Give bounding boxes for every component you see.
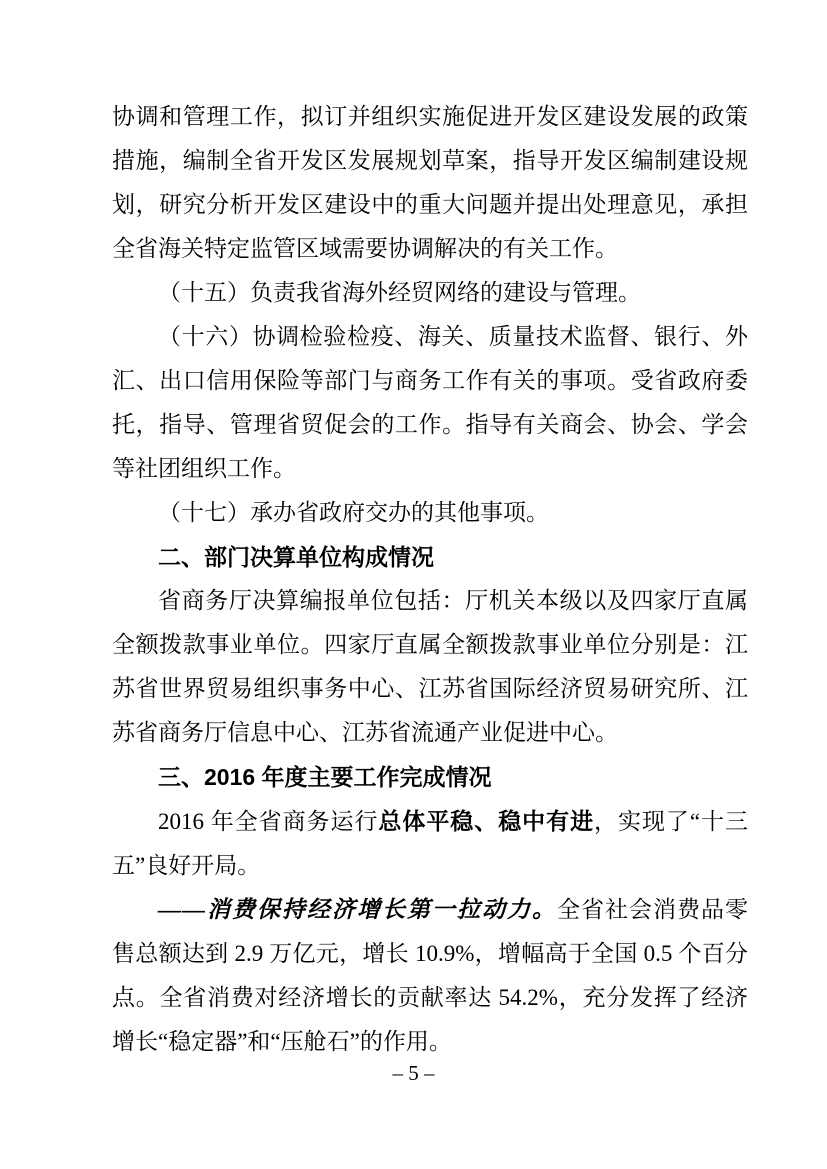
- paragraph-2016-overview: 2016 年全省商务运行总体平稳、稳中有进，实现了“十三五”良好开局。: [112, 799, 748, 888]
- overview-bold-phrase: 总体平稳、稳中有进: [378, 808, 594, 834]
- paragraph-item-17: （十七）承办省政府交办的其他事项。: [112, 491, 748, 535]
- document-page: 协调和管理工作，拟订并组织实施促进开发区建设发展的政策措施，编制全省开发区发展规…: [0, 0, 827, 1169]
- page-footer: – 5 –: [0, 1058, 827, 1088]
- paragraph-reporting-units: 省商务厅决算编报单位包括：厅机关本级以及四家厅直属全额拨款事业单位。四家厅直属全…: [112, 579, 748, 755]
- paragraph-item-15: （十五）负责我省海外经贸网络的建设与管理。: [112, 271, 748, 315]
- paragraph-item-16: （十六）协调检验检疫、海关、质量技术监督、银行、外汇、出口信用保险等部门与商务工…: [112, 315, 748, 491]
- paragraph-duties-continuation: 协调和管理工作，拟订并组织实施促进开发区建设发展的政策措施，编制全省开发区发展规…: [112, 95, 748, 271]
- overview-lead-text: 2016 年全省商务运行: [158, 809, 378, 834]
- consumption-lead-phrase: ——消费保持经济增长第一拉动力。: [158, 897, 557, 922]
- section-heading-2016-work: 三、2016 年度主要工作完成情况: [112, 755, 748, 799]
- paragraph-consumption: ——消费保持经济增长第一拉动力。全省社会消费品零售总额达到 2.9 万亿元，增长…: [112, 888, 748, 1064]
- document-body: 协调和管理工作，拟订并组织实施促进开发区建设发展的政策措施，编制全省开发区发展规…: [112, 95, 748, 1064]
- page-number: – 5 –: [393, 1061, 435, 1085]
- section-heading-unit-composition: 二、部门决算单位构成情况: [112, 535, 748, 579]
